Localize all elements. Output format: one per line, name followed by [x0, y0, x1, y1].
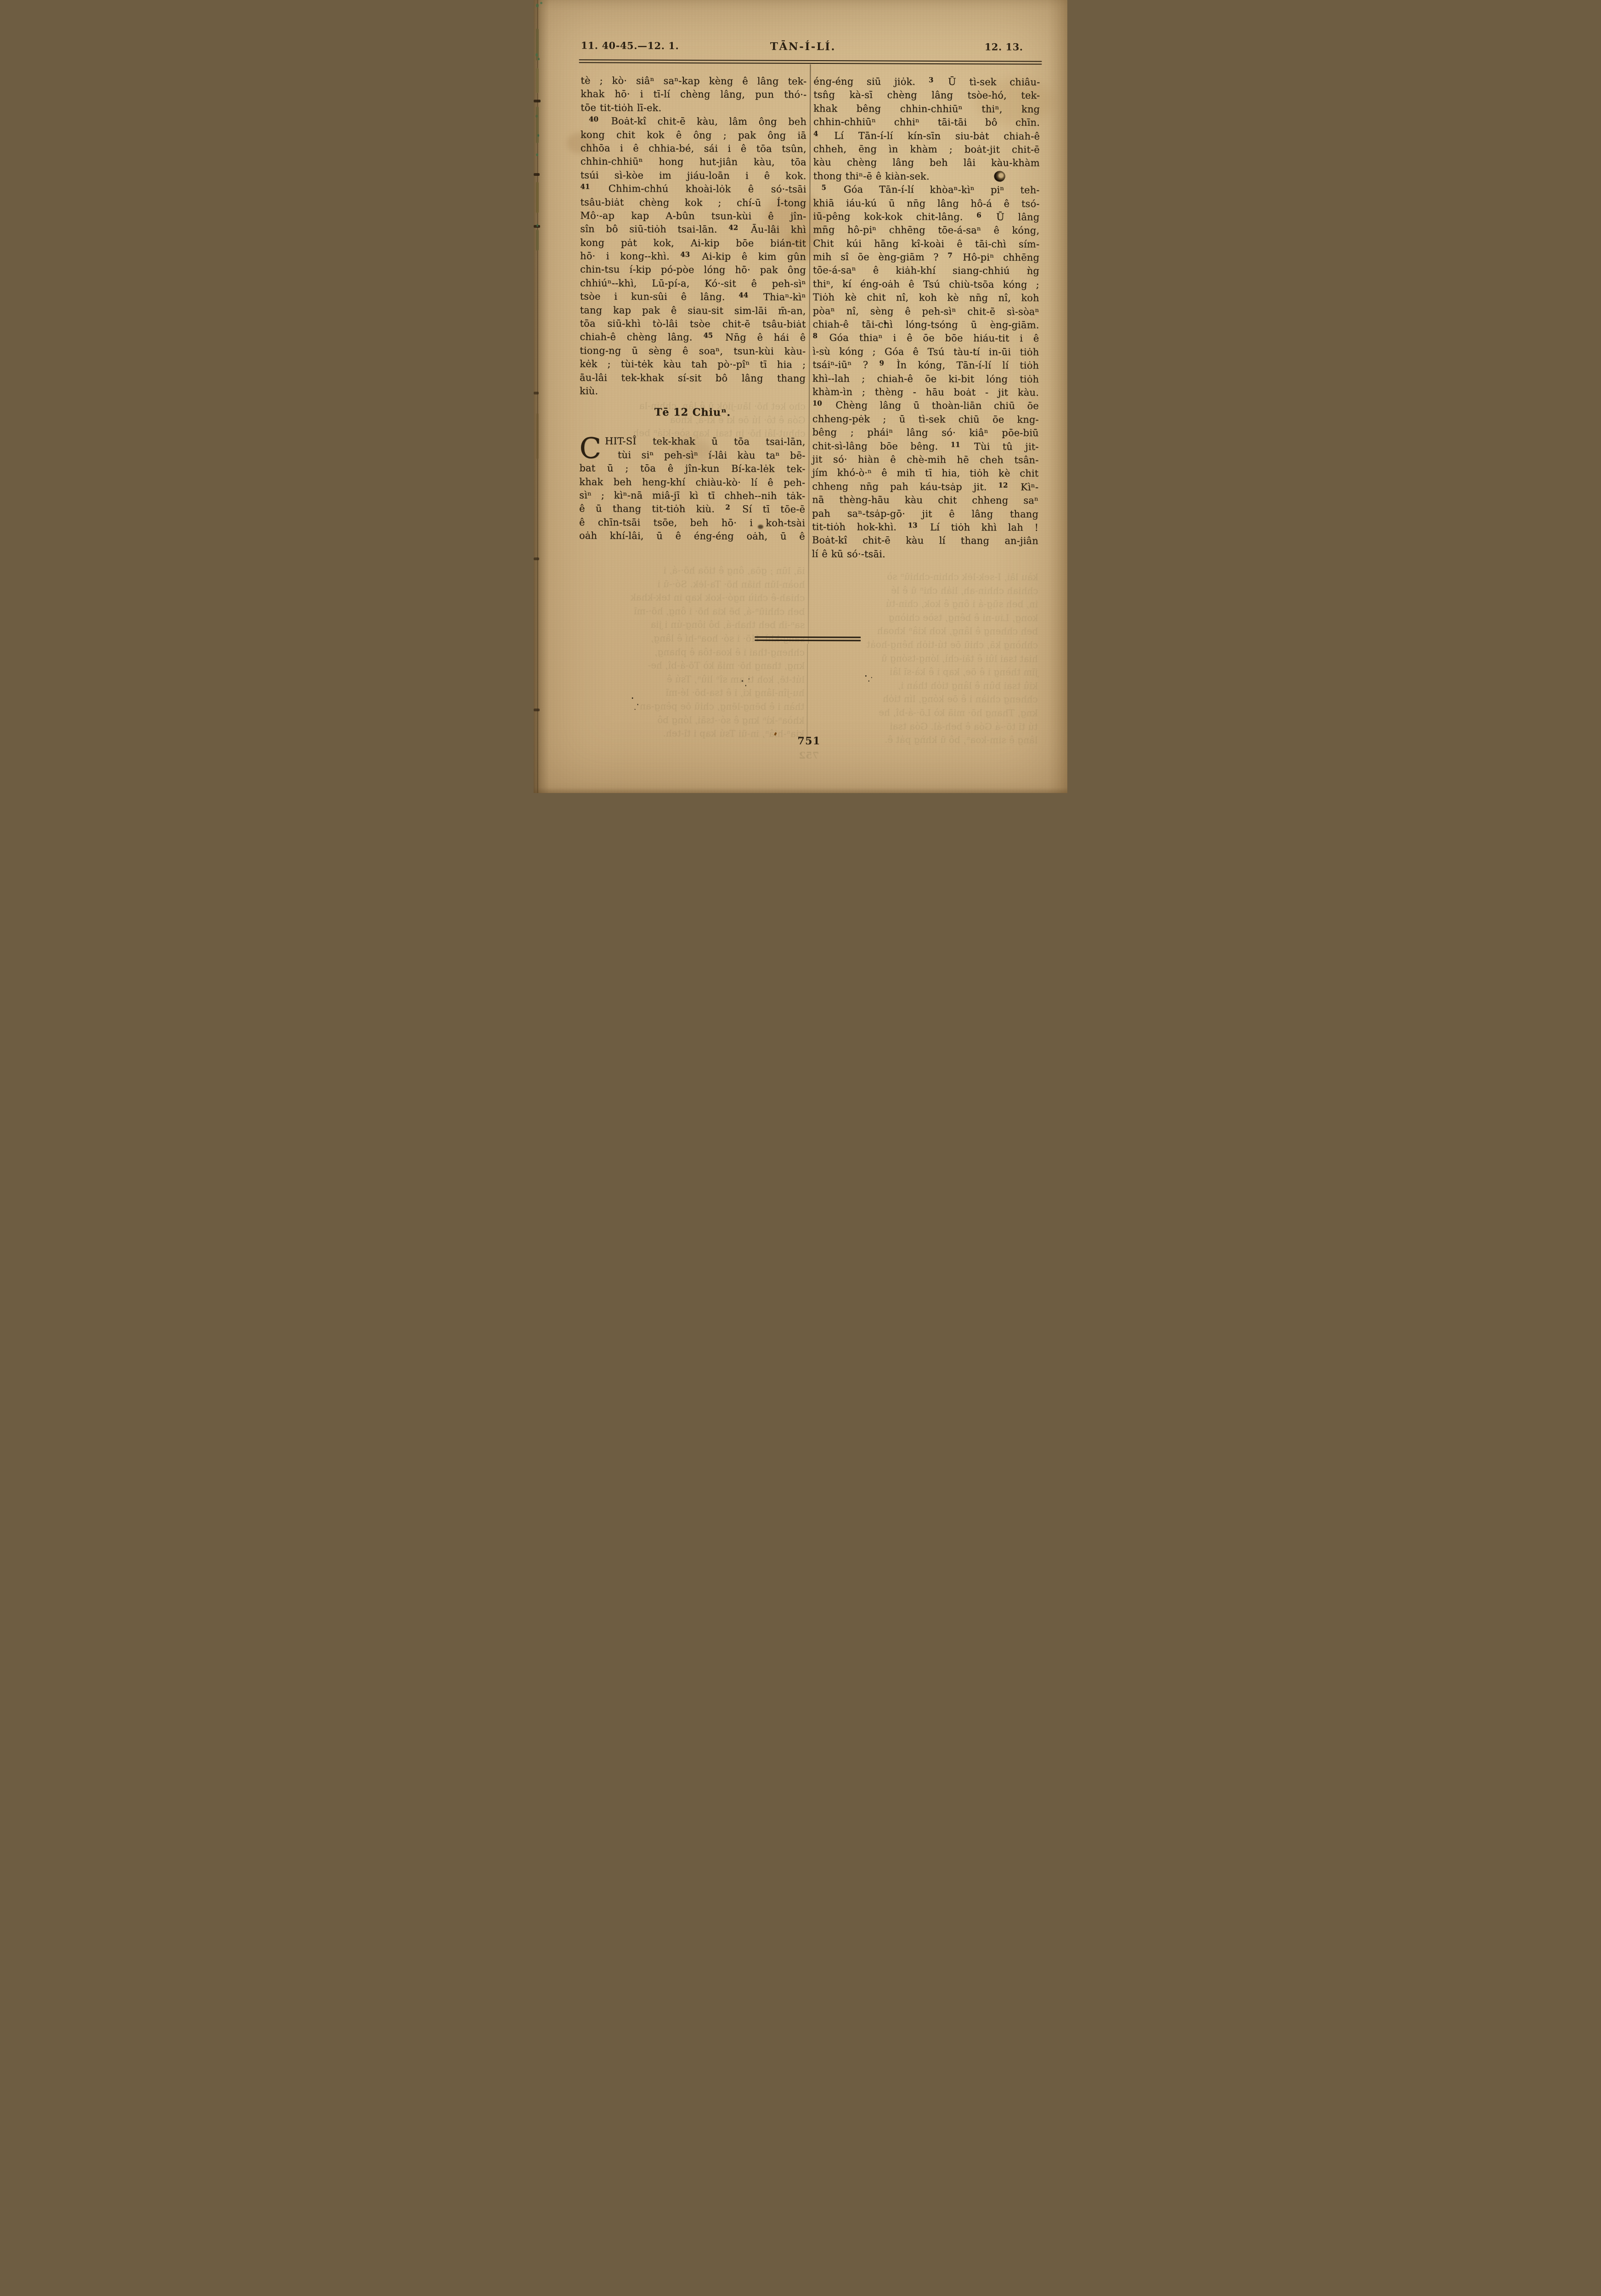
- text-line: tōe-á-saⁿ ê kiȧh-khí siang-chhiú ǹg: [813, 264, 1039, 278]
- text-line: khàm-ìn ; thèng - hāu boȧt - jit kàu.: [812, 385, 1039, 400]
- drop-cap: C: [580, 435, 605, 460]
- text-line: ê ū thang tit-tiȯh kiù. 2 Sí tī tōe-ē: [579, 502, 805, 517]
- text-line: ì-sù kóng ; Góa ê Tsú tàu-tí in-ūi tiȯh: [812, 345, 1039, 359]
- text-line: kong chit kok ê ông ; pak ông iā: [581, 128, 806, 142]
- text-line: khak bêng chhin-chhiūⁿ thiⁿ, kng: [813, 102, 1040, 116]
- text-line: tè ; kò· siâⁿ saⁿ-kap kèng ê lâng tek-: [581, 74, 806, 88]
- text-line: Tiȯh kè chit nî, koh kè nn̄g nî, koh: [813, 291, 1039, 305]
- text-line: chhin-chhiūⁿ hong hut-jiân kàu, tōa: [581, 155, 806, 169]
- text-line: tsâu-biȧt chèng kok ; chí-ū Í-tong: [580, 196, 806, 210]
- ink-speck: [635, 709, 636, 710]
- ink-smudge: [758, 525, 763, 529]
- ink-speck: [745, 685, 746, 687]
- ink-speck: [749, 679, 750, 680]
- text-line: khak hō· i tī-lí chèng lâng, pun thó·-: [581, 88, 806, 102]
- text-line: hō· i kong--khì. 43 Ai-kip ê kim gûn: [580, 249, 806, 264]
- ink-speck: [865, 675, 867, 676]
- text-line: pòaⁿ nî, sèng ê peh-sìⁿ chit-ē sì-sòaⁿ: [813, 304, 1039, 319]
- text-line: chheng-pėk ; ū tì-sek chiū ōe kng-: [812, 412, 1039, 427]
- text-line: jit só· hiàn ê chè-mih hē cheh tsân-: [812, 453, 1038, 467]
- ink-speck: [871, 677, 872, 678]
- text-line: tōe tit-tiȯh lī-ek.: [581, 101, 806, 115]
- page-number: 751: [780, 735, 837, 747]
- text-line: kiù.: [580, 384, 806, 399]
- verse-lines: HIT-SÎ tek-khak ū tōa tsai-lān,tùi siⁿ p…: [579, 435, 806, 544]
- text-line: khak beh heng-khí chiàu-kò· lí ê peh-: [579, 475, 805, 490]
- column-divider: [808, 64, 811, 644]
- header-book-title: TĀN-Í-LÍ.: [770, 40, 836, 53]
- showthrough-text: kàu lāi, I-sek-lėk chhin-chhiūⁿ sòchhiah…: [811, 570, 1038, 747]
- showthrough-column-divider: [806, 644, 807, 740]
- text-line: jím khó-ò·ⁿ ê mih tī hia, tiȯh kè chit: [812, 466, 1038, 480]
- text-line: chheh, ēng ìn khàm ; boȧt-jit chit-ē: [813, 142, 1040, 157]
- text-line: kong pȧt kok, Ai-kip bōe bián-tit: [580, 236, 806, 250]
- page-content: cho ket hō· lāu-jiȯk ū ê lân, chhin-laGó…: [534, 0, 1067, 793]
- text-line: HIT-SÎ tek-khak ū tōa tsai-lān,: [580, 435, 806, 449]
- end-of-book-rule: [755, 636, 861, 638]
- text-line: mih sî ōe èng-giām ? 7 Hô-piⁿ chhēng: [813, 250, 1039, 264]
- text-line: tit-tiȯh hok-khì. 13 Lí tiȯh khì lah !: [812, 520, 1038, 535]
- end-of-book-rule: [755, 640, 861, 641]
- text-line: chheng nn̄g pah káu-tsȧp jit. 12 Kìⁿ-: [812, 480, 1038, 494]
- verse-lines: tè ; kò· siâⁿ saⁿ-kap kèng ê lâng tek-kh…: [580, 74, 806, 399]
- text-line: oȧh khí-lâi, ū ê éng-éng oȧh, ū ê: [579, 529, 805, 543]
- ink-speck: [868, 681, 869, 682]
- text-line: tsn̂g kà-sī chèng lâng tsòe-hó, tek-: [813, 88, 1040, 102]
- text-line: thong thiⁿ-ē ê kiàn-sek.: [813, 169, 1040, 184]
- text-line: tiong-ng ū sèng ê soaⁿ, tsun-kùi kàu-: [580, 344, 806, 358]
- ink-speck: [884, 322, 887, 325]
- text-line: chhiúⁿ--khì, Lū-pí-a, Kó·-sit ê peh-sìⁿ: [580, 276, 806, 291]
- text-line: āu-lâi tek-khak sí-sit bô lâng thang: [580, 371, 806, 385]
- text-line: bat ū ; tōa ê jîn-kun Bí-ka-lėk tek-: [579, 461, 805, 476]
- ink-speck: [637, 704, 638, 705]
- text-line: khì--lah ; chiah-ê ōe ki-bit lóng tiȯh: [812, 372, 1039, 386]
- text-line: iū-pêng kok-kok chit-lâng. 6 Ū lâng: [813, 210, 1039, 224]
- text-line: khiā iáu-kú ū nn̄g lâng hô-á ê tsó-: [813, 197, 1039, 211]
- chapter-heading: Tē 12 Chiuⁿ.: [580, 406, 806, 419]
- paper-fleck: [774, 732, 777, 736]
- text-line: kàu chèng lâng beh lâi kàu-khàm: [813, 156, 1040, 170]
- text-line: 41 Chhim-chhú khoài-lȯk ê só·-tsāi: [581, 182, 806, 196]
- header-verse-range-right: 12. 13.: [985, 41, 1023, 52]
- ink-speck: [632, 698, 633, 699]
- text-line: tsòe i kun-sûi ê lâng. 44 Thiaⁿ-kìⁿ: [580, 290, 806, 304]
- text-line: 4 Lí Tān-í-lí kín-sīn siu-bȧt chiah-ê: [813, 129, 1040, 143]
- text-line: tōa siū-khì tò-lâi tsòe chit-ē tsâu-biȧt: [580, 317, 806, 331]
- text-line: 5 Góa Tān-í-lí khòaⁿ-kìⁿ piⁿ teh-: [813, 183, 1040, 197]
- text-line: bêng ; pháiⁿ lâng só· kiâⁿ pōe-biū: [812, 426, 1039, 440]
- text-line: Boȧt-kî chit-ē kàu lí thang an-jiân: [812, 534, 1038, 548]
- left-text-column: tè ; kò· siâⁿ saⁿ-kap kèng ê lâng tek-kh…: [579, 74, 807, 543]
- text-line: chhin-chhiūⁿ chhiⁿ tāi-tāi bô chīn.: [813, 115, 1040, 129]
- text-line: nā thèng-hāu kàu chit chheng saⁿ: [812, 493, 1038, 507]
- text-line: lí ê kū só·-tsāi.: [812, 547, 1038, 562]
- text-line: tsúi sì-kòe im jiáu-loān i ê kok.: [581, 169, 806, 183]
- text-line: tang kap pak ê siau-sit sim-lāi m̄-an,: [580, 304, 806, 318]
- book-page-scan: cho ket hō· lāu-jiȯk ū ê lân, chhin-laGó…: [534, 0, 1067, 793]
- text-line: sîn bô siū-tiȯh tsai-lān. 42 Āu-lâi khì: [580, 223, 806, 237]
- text-line: éng-éng siū jiȯk. 3 Ū tì-sek chiâu-: [813, 75, 1040, 89]
- text-line: kėk ; tùi-tėk kàu tah pò·-pîⁿ tī hia ;: [580, 358, 806, 372]
- text-line: ê chīn-tsāi tsōe, beh hō· i koh-tsài: [579, 516, 805, 530]
- text-line: chhōa i ê chhia-bé, sái i ê tōa tsûn,: [581, 141, 806, 156]
- text-line: chiah-ê tāi-chì lóng-tsóng ū èng-giām.: [812, 318, 1039, 332]
- text-line: tùi siⁿ peh-sìⁿ í-lâi kàu taⁿ bē-: [580, 448, 806, 462]
- text-line: Mô·-ap kap A-bûn tsun-kùi ê jîn-: [580, 209, 806, 223]
- text-line: 10 Chèng lâng ū thoàn-liān chiū ōe: [812, 399, 1039, 413]
- text-line: tsáiⁿ-iūⁿ ? 9 Ìn kóng, Tān-í-lí lí tiȯh: [812, 358, 1039, 372]
- text-line: chin-tsu í-kip pó-pòe lóng hō· pak ông: [580, 263, 806, 277]
- text-line: sìⁿ ; kìⁿ-nā miâ-jī kì tī chheh--nih tȧk…: [579, 489, 805, 503]
- showthrough-page-number: 752: [780, 748, 837, 762]
- header-rule: [579, 59, 1042, 62]
- chapter-opening-paragraph: C HIT-SÎ tek-khak ū tōa tsai-lān,tùi siⁿ…: [579, 435, 806, 544]
- text-line: chit-sì-lâng bōe bêng. 11 Tùi tû jit-: [812, 439, 1039, 454]
- text-line: chiah-ê chèng lâng. 45 Nn̄g ê hái ê: [580, 331, 806, 345]
- header-verse-range-left: 11. 40-45.—12. 1.: [581, 39, 679, 51]
- text-line: pah saⁿ-tsȧp-gō· jit ê lâng thang: [812, 507, 1038, 521]
- right-text-column: éng-éng siū jiȯk. 3 Ū tì-sek chiâu-tsn̂g…: [812, 75, 1040, 562]
- text-line: 8 Góa thiaⁿ i ê ōe bōe hiáu-tit i ê: [812, 332, 1039, 346]
- verse-lines: éng-éng siū jiȯk. 3 Ū tì-sek chiâu-tsn̂g…: [812, 75, 1040, 562]
- showthrough-text: iā, lūn ; gōa, ông ê tiōa hō·-á, ihoàn-l…: [578, 563, 805, 741]
- ink-blot: [994, 171, 1005, 181]
- ink-speck: [742, 681, 743, 682]
- text-line: thiⁿ, kí éng-oȧh ê Tsú chiù-tsōa kóng ;: [813, 277, 1039, 292]
- text-line: Chit kúi hāng kî-koài ê tāi-chì sím-: [813, 237, 1039, 251]
- text-line: mn̄g hô-piⁿ chhēng tōe-á-saⁿ ê kóng,: [813, 223, 1039, 237]
- text-line: 40 Boȧt-kî chit-ē kàu, lâm ông beh: [581, 114, 806, 129]
